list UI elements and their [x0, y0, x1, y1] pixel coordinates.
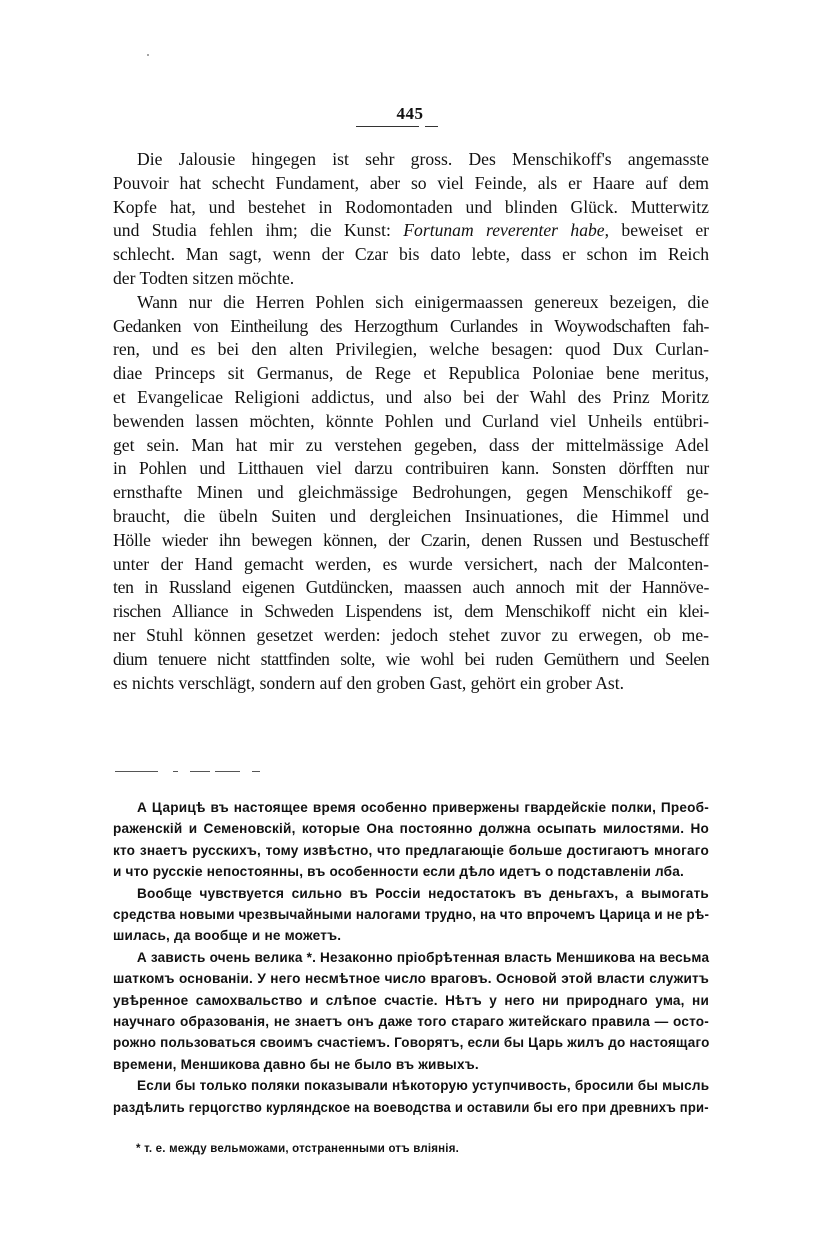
text-line: rischen Alliance in Schweden Lispendens … [113, 600, 709, 624]
footnote: * т. е. между вельможами, отстраненными … [136, 1143, 459, 1155]
russian-paragraph-3: А зависть очень велика *. Незаконно пріо… [113, 947, 709, 1075]
text-line: schlecht. Man sagt, wenn der Czar bis da… [113, 243, 709, 267]
text-line: раженскій и Семеновскій, которые Она пос… [113, 818, 709, 839]
text-fragment: und Studia fehlen ihm; die Kunst: [113, 220, 403, 240]
text-line-with-italic: und Studia fehlen ihm; die Kunst: Fortun… [113, 219, 709, 243]
section-divider [215, 771, 240, 772]
text-line: ner Stuhl können gesetzet werden: jedoch… [113, 624, 709, 648]
text-line: научнаго образованія, не знаетъ онъ даже… [113, 1011, 709, 1032]
text-line: diae Princeps sit Germanus, de Rege et R… [113, 362, 709, 386]
text-line: Вообще чувствуется сильно въ Россіи недо… [113, 883, 709, 904]
section-divider [252, 771, 260, 772]
page-number-rule-short [425, 126, 438, 127]
section-divider [173, 771, 178, 772]
text-line: der Todten sitzen möchte. [113, 267, 709, 291]
russian-paragraph-2: Вообще чувствуется сильно въ Россіи недо… [113, 883, 709, 947]
german-paragraph-2: Wann nur die Herren Pohlen sich einigerm… [113, 291, 709, 696]
text-line: рожно пользоваться своимъ счастіемъ. Гов… [113, 1032, 709, 1053]
text-line: Kopfe hat, und bestehet in Rodomontaden … [113, 196, 709, 220]
russian-paragraph-4: Если бы только поляки показывали нѣкотор… [113, 1075, 709, 1118]
text-line: Gedanken von Eintheilung des Herzogthum … [113, 315, 709, 339]
text-line: А зависть очень велика *. Незаконно пріо… [113, 947, 709, 968]
text-line: средства новыми чрезвычайными налогами т… [113, 904, 709, 925]
text-line: es nichts verschlägt, sondern auf den gr… [113, 672, 709, 696]
text-line: unter der Hand gemacht werden, es wurde … [113, 553, 709, 577]
text-line: ten in Russland eigenen Gutdüncken, maas… [113, 576, 709, 600]
text-line: ernsthafte Minen und gleichmässige Bedro… [113, 481, 709, 505]
text-line: ren, und es bei den alten Privilegien, w… [113, 338, 709, 362]
russian-translation-block: А Царицѣ въ настоящее время особенно при… [113, 797, 709, 1118]
section-divider [128, 771, 158, 772]
german-text-block: Die Jalousie hingegen ist sehr gross. De… [113, 148, 709, 695]
text-line: шаткомъ основаніи. У него несмѣтное числ… [113, 968, 709, 989]
text-line: шилась, да вообще и не можетъ. [113, 925, 709, 946]
text-line: кто знаетъ русскихъ, тому извѣстно, что … [113, 840, 709, 861]
page-number-rule [356, 126, 419, 127]
text-line: А Царицѣ въ настоящее время особенно при… [113, 797, 709, 818]
latin-quote: Fortunam reverenter habe [403, 220, 604, 240]
text-line: Wann nur die Herren Pohlen sich einigerm… [113, 291, 709, 315]
text-line: Pouvoir hat schecht Fundament, aber so v… [113, 172, 709, 196]
german-paragraph-1: Die Jalousie hingegen ist sehr gross. De… [113, 148, 709, 291]
text-line: Если бы только поляки показывали нѣкотор… [113, 1075, 709, 1096]
text-line: Hölle wieder ihn bewegen können, der Cza… [113, 529, 709, 553]
text-line: bewenden lassen möchten, könnte Pohlen u… [113, 410, 709, 434]
text-line: braucht, die übeln Suiten und dergleiche… [113, 505, 709, 529]
text-line: раздѣлить герцогство курляндское на воев… [113, 1097, 709, 1118]
text-line: увѣренное самохвальство и слѣпое счастіе… [113, 990, 709, 1011]
text-line: in Pohlen und Litthauen viel darzu contr… [113, 457, 709, 481]
page-number: 445 [0, 104, 820, 124]
text-line: Die Jalousie hingegen ist sehr gross. De… [113, 148, 709, 172]
text-line: и что русскіе непостоянны, въ особенност… [113, 861, 709, 882]
scan-speck [147, 54, 149, 56]
text-line: времени, Меншикова давно бы не было въ ж… [113, 1054, 709, 1075]
text-line: et Evangelicae Religioni addictus, und a… [113, 386, 709, 410]
text-line: get sein. Man hat mir zu verstehen gegeb… [113, 434, 709, 458]
text-line: dium tenuere nicht stattfinden solte, wi… [113, 648, 709, 672]
section-divider [190, 771, 210, 772]
text-fragment: , beweiset er [605, 220, 709, 240]
russian-paragraph-1: А Царицѣ въ настоящее время особенно при… [113, 797, 709, 883]
